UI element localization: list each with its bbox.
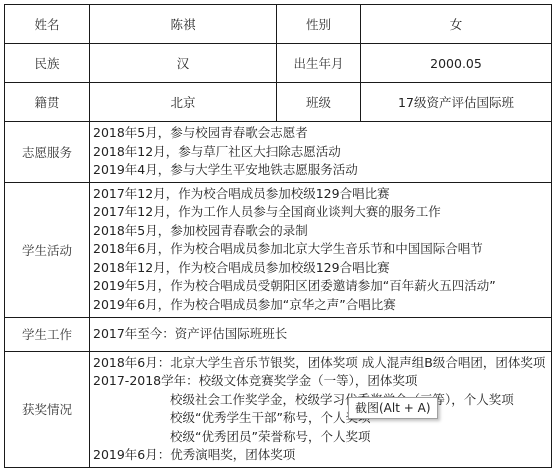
student-work-item: 2017年至今：资产评估国际班班长	[93, 325, 551, 344]
origin-label: 籍贯	[5, 83, 90, 122]
birth-date-label: 出生年月	[277, 44, 361, 83]
activity-item: 2017年12月，作为工作人员参与全国商业谈判大赛的服务工作	[93, 203, 551, 222]
volunteer-details: 2018年5月，参与校园青春歌会志愿者 2018年12月，参与草厂社区大扫除志愿…	[90, 122, 552, 183]
origin-value: 北京	[90, 83, 277, 122]
volunteer-item: 2019年4月，参与大学生平安地铁志愿服务活动	[93, 161, 551, 180]
activities-label: 学生活动	[5, 182, 90, 317]
award-item: 校级“优秀团员”荣誉称号，个人奖项	[93, 428, 551, 447]
class-label: 班级	[277, 83, 361, 122]
ethnicity-value: 汉	[90, 44, 277, 83]
activity-item: 2017年12月，作为校合唱成员参加校级129合唱比赛	[93, 185, 551, 204]
gender-value: 女	[361, 5, 552, 44]
awards-label: 获奖情况	[5, 351, 90, 467]
volunteer-item: 2018年12月，参与草厂社区大扫除志愿活动	[93, 143, 551, 162]
activity-item: 2019年5月，作为校合唱成员受朝阳区团委邀请参加“百年薪火五四活动”	[93, 277, 551, 296]
awards-details: 2018年6月：北京大学生音乐节银奖，团体奖项 成人混声组B级合唱团，团体奖项 …	[90, 351, 552, 467]
student-work-row: 学生工作 2017年至今：资产评估国际班班长	[5, 317, 552, 351]
volunteer-item: 2018年5月，参与校园青春歌会志愿者	[93, 124, 551, 143]
birth-date-value: 2000.05	[361, 44, 552, 83]
class-value: 17级资产评估国际班	[361, 83, 552, 122]
ethnicity-label: 民族	[5, 44, 90, 83]
activity-item: 2018年6月，作为校合唱成员参加北京大学生音乐节和中国国际合唱节	[93, 240, 551, 259]
award-item: 校级“优秀学生干部”称号，个人奖项	[93, 409, 551, 428]
award-item: 校级社会工作奖学金，校级学习优秀奖学金（三等），个人奖项	[93, 391, 551, 410]
info-row-origin-class: 籍贯 北京 班级 17级资产评估国际班	[5, 83, 552, 122]
activity-item: 2018年12月，作为校合唱成员参加校级129合唱比赛	[93, 259, 551, 278]
award-item: 2018年6月：北京大学生音乐节银奖，团体奖项 成人混声组B级合唱团，团体奖项	[93, 354, 551, 373]
activities-details: 2017年12月，作为校合唱成员参加校级129合唱比赛 2017年12月，作为工…	[90, 182, 552, 317]
award-item: 2019年6月：优秀演唱奖，团体奖项	[93, 446, 551, 465]
student-work-label: 学生工作	[5, 317, 90, 351]
activity-item: 2018年5月，参加校园青春歌会的录制	[93, 222, 551, 241]
activities-row: 学生活动 2017年12月，作为校合唱成员参加校级129合唱比赛 2017年12…	[5, 182, 552, 317]
award-item: 2017-2018学年：校级文体竞赛奖学金（一等），团体奖项	[93, 372, 551, 391]
screenshot-shortcut-tooltip: 截图(Alt + A)	[348, 397, 438, 419]
resume-table: 姓名 陈祺 性别 女 民族 汉 出生年月 2000.05 籍贯 北京 班级 17…	[4, 4, 552, 468]
activity-item: 2019年6月，作为校合唱成员参加“京华之声”合唱比赛	[93, 296, 551, 315]
volunteer-row: 志愿服务 2018年5月，参与校园青春歌会志愿者 2018年12月，参与草厂社区…	[5, 122, 552, 183]
info-row-ethnicity-birth: 民族 汉 出生年月 2000.05	[5, 44, 552, 83]
info-row-name-gender: 姓名 陈祺 性别 女	[5, 5, 552, 44]
student-work-details: 2017年至今：资产评估国际班班长	[90, 317, 552, 351]
name-label: 姓名	[5, 5, 90, 44]
name-value: 陈祺	[90, 5, 277, 44]
gender-label: 性别	[277, 5, 361, 44]
awards-row: 获奖情况 2018年6月：北京大学生音乐节银奖，团体奖项 成人混声组B级合唱团，…	[5, 351, 552, 467]
volunteer-label: 志愿服务	[5, 122, 90, 183]
